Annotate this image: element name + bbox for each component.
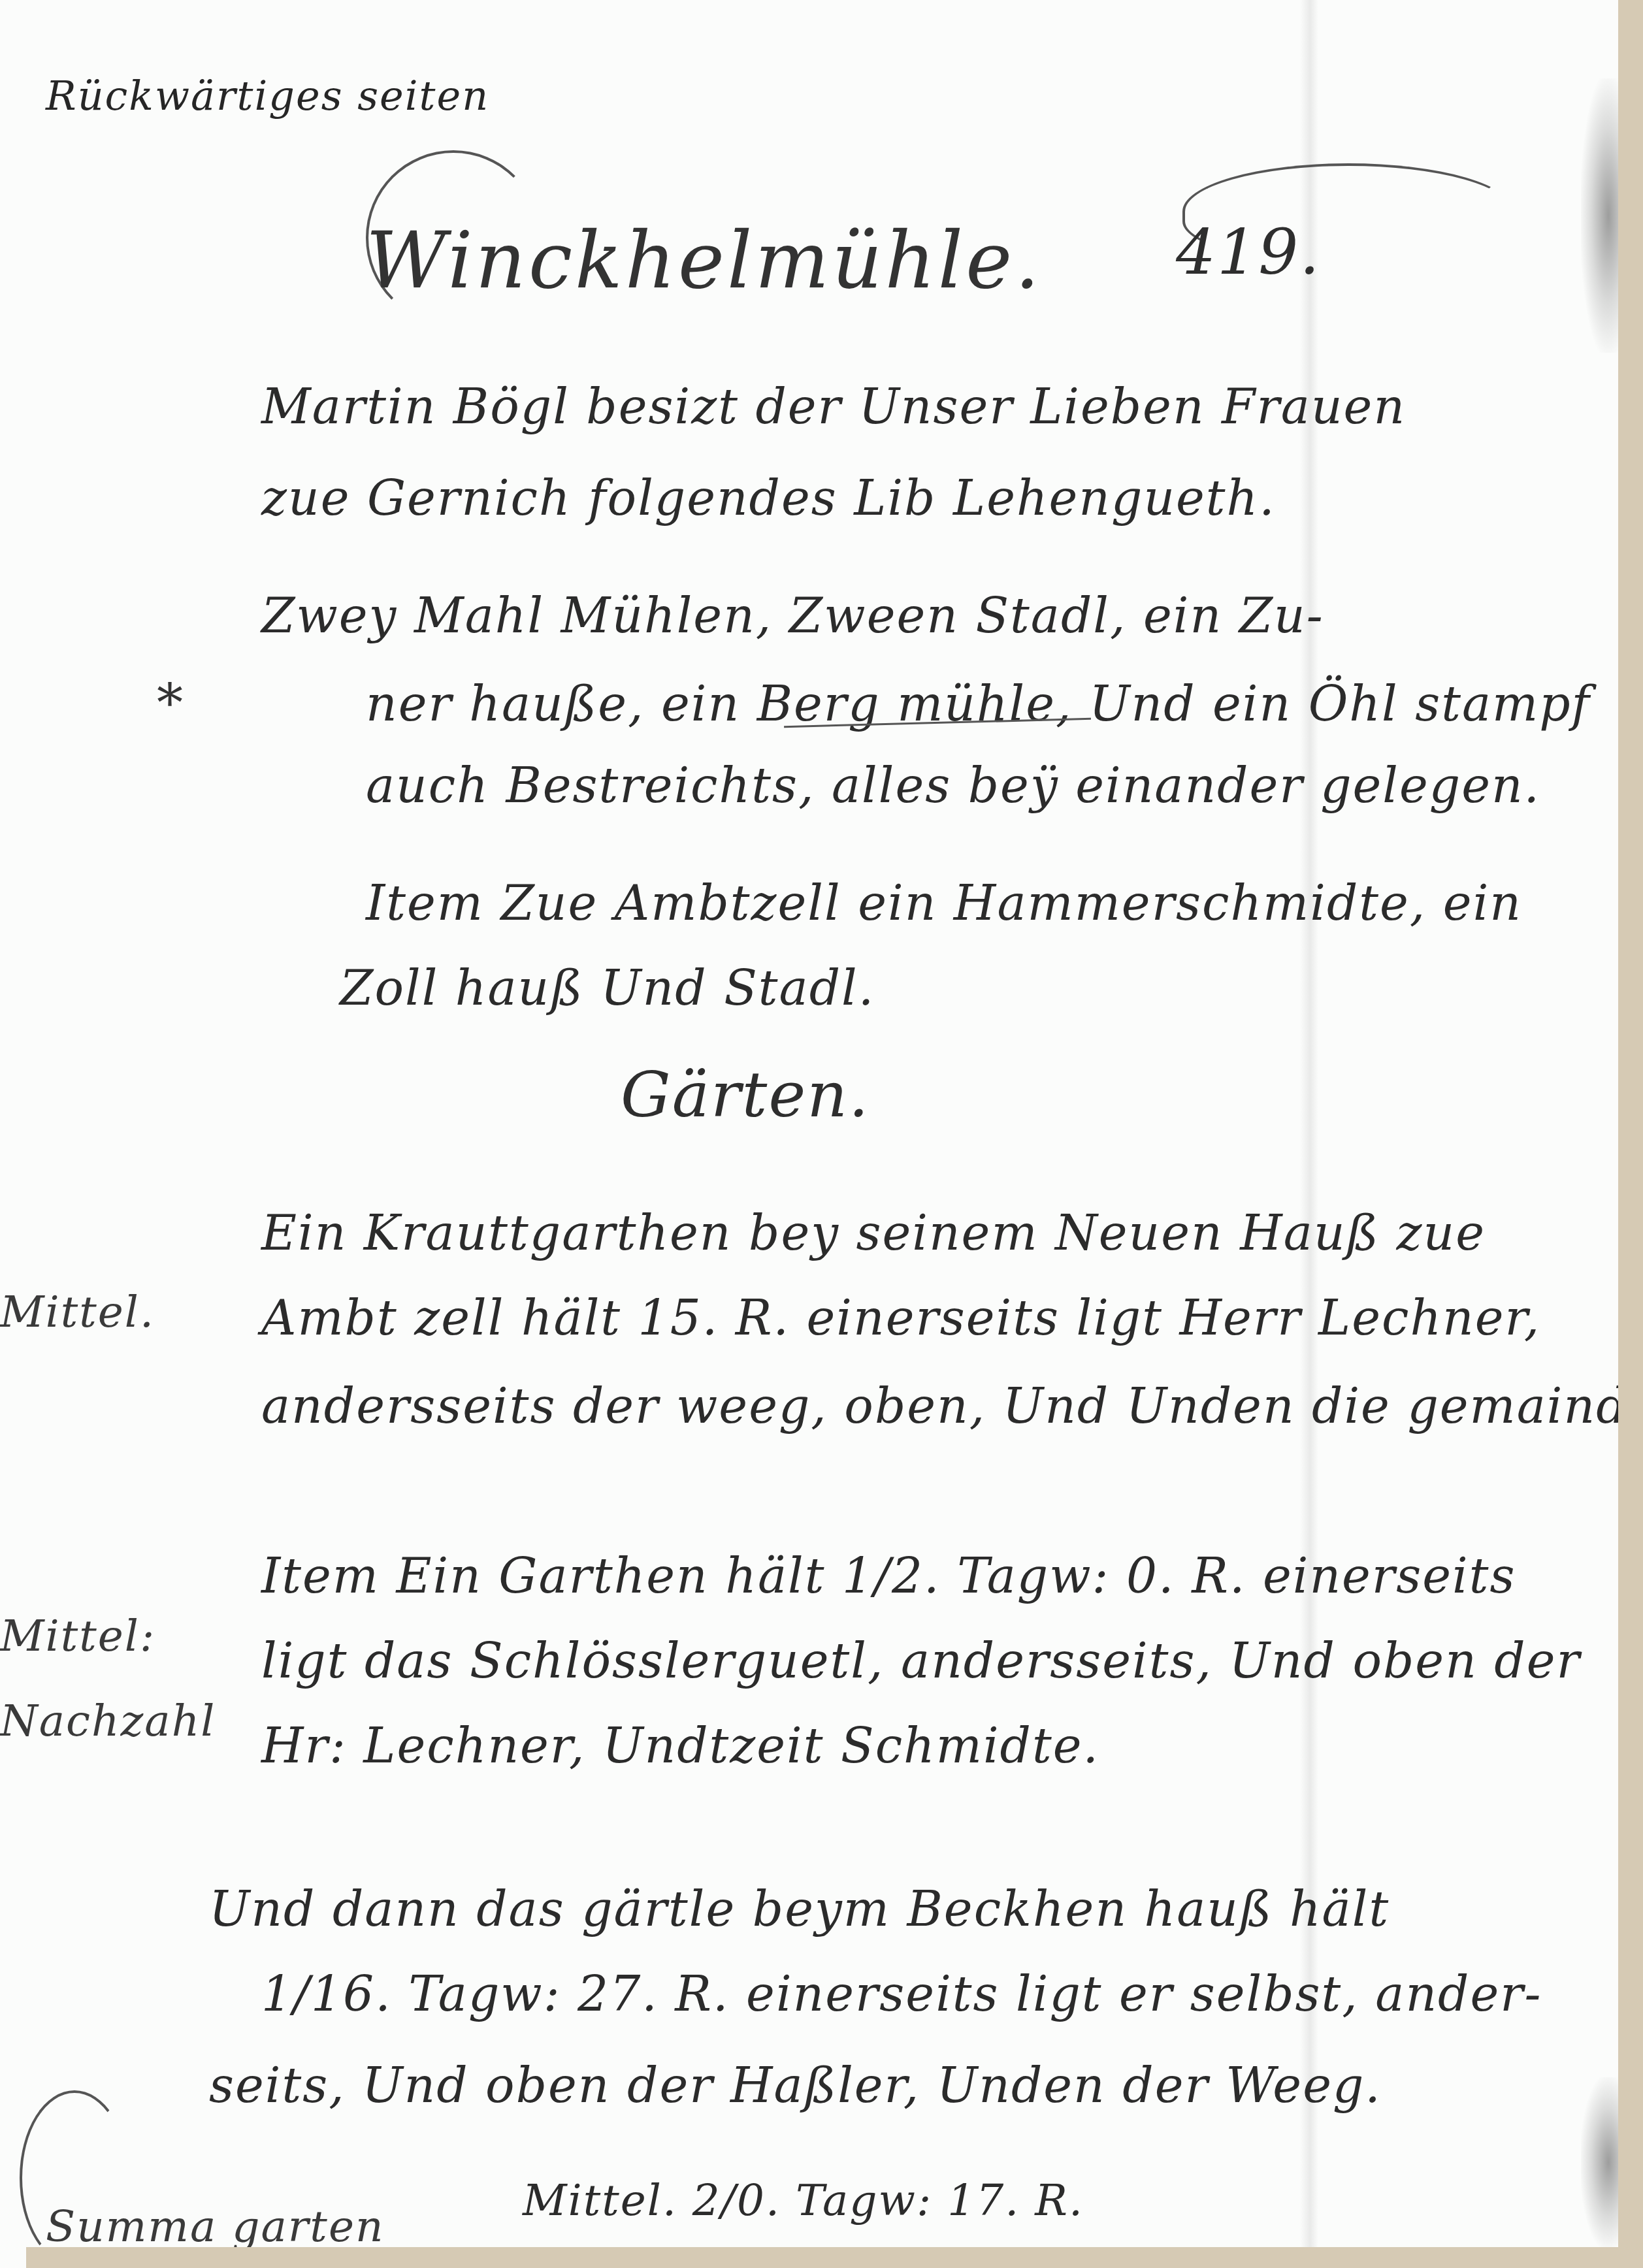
- page-number: 419.: [1176, 216, 1321, 289]
- page-title: Winckhelmühle.: [366, 216, 1042, 306]
- paper-edge: [0, 2247, 26, 2268]
- text-line: Hr: Lechner, Undtzeit Schmidte.: [261, 1718, 1099, 1774]
- text-line: Ein Krauttgarthen bey seinem Neuen Hauß …: [261, 1205, 1486, 1261]
- section-heading: Gärten.: [621, 1058, 870, 1131]
- text-line-summa: Mittel. 2/0. Tagw: 17. R.: [523, 2175, 1084, 2226]
- scan-smudge: [1581, 2077, 1618, 2247]
- manuscript-page: Rückwärtiges seiten Winckhelmühle. 419. …: [0, 0, 1618, 2247]
- text-line: ligt das Schlösslerguetl, andersseits, U…: [261, 1633, 1581, 1689]
- margin-note: Mittel.: [0, 1287, 155, 1337]
- text-line: 1/16. Tagw: 27. R. einerseits ligt er se…: [261, 1966, 1542, 2022]
- text-line: ner hauße, ein Berg mühle, Und ein Öhl s…: [366, 676, 1591, 732]
- text-line: seits, Und oben der Haßler, Unden der We…: [209, 2058, 1382, 2114]
- margin-note: Mittel: Nachzahl: [0, 1594, 216, 1764]
- top-margin-note: Rückwärtiges seiten: [46, 72, 489, 120]
- text-line: Item Ein Garthen hält 1/2. Tagw: 0. R. e…: [261, 1548, 1516, 1604]
- margin-note-summa: Summa garten: [46, 2201, 384, 2247]
- text-line: andersseits der weeg, oben, Und Unden di…: [261, 1378, 1618, 1434]
- text-line: Item Zue Ambtzell ein Hammerschmidte, ei…: [366, 875, 1522, 931]
- text-line: Ambt zell hält 15. R. einerseits ligt He…: [261, 1290, 1540, 1346]
- text-line: Und dann das gärtle beym Beckhen hauß hä…: [209, 1881, 1390, 1937]
- text-line: Zoll hauß Und Stadl.: [340, 960, 875, 1016]
- text-line: Martin Bögl besizt der Unser Lieben Frau…: [261, 379, 1406, 435]
- text-line: auch Bestreichts, alles beÿ einander gel…: [366, 758, 1540, 814]
- text-line: Zwey Mahl Mühlen, Zween Stadl, ein Zu-: [261, 588, 1324, 644]
- asterisk-mark: *: [157, 673, 184, 734]
- scan-smudge: [1581, 78, 1618, 353]
- text-line: zue Gernich folgendes Lib Lehengueth.: [261, 470, 1276, 526]
